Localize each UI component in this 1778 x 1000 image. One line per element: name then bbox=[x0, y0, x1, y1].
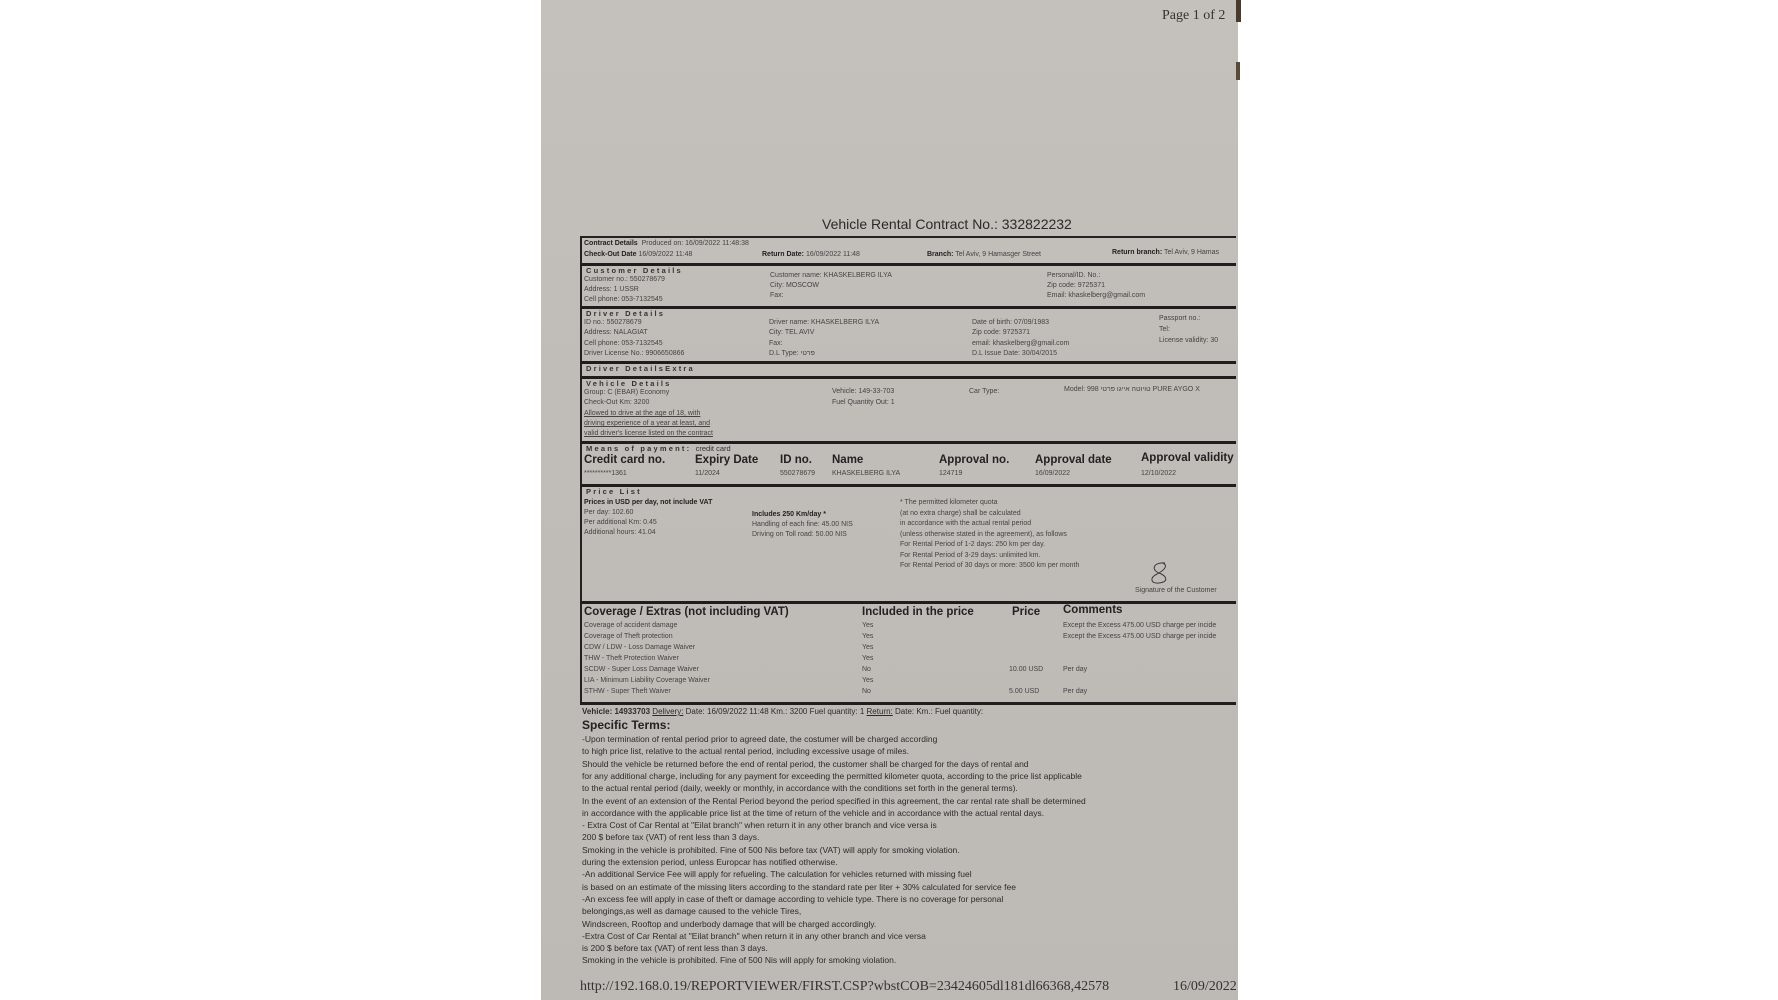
return-branch-value: Tel Aviv, 9 Hamas bbox=[1164, 249, 1219, 256]
coverage-column-header: Price bbox=[1012, 606, 1040, 618]
coverage-price: 5.00 USD bbox=[1009, 688, 1039, 695]
customer-address: Address: 1 USSR bbox=[584, 286, 639, 293]
driver-id: ID no.: 550278679 bbox=[584, 319, 642, 326]
km-quota-line: For Rental Period of 3-29 days: unlimite… bbox=[900, 552, 1040, 559]
contract-title: Vehicle Rental Contract No.: 332822232 bbox=[822, 216, 1072, 232]
customer-name: Customer name: KHASKELBERG ILYA bbox=[770, 272, 892, 279]
car-type: Car Type: bbox=[969, 388, 999, 395]
section-heading: Driver DetailsExtra bbox=[582, 364, 1236, 373]
age-requirement: driving experience of a year at least, a… bbox=[584, 420, 710, 427]
payment-column-header: Approval validity bbox=[1141, 452, 1234, 464]
payment-value: 11/2024 bbox=[695, 470, 720, 477]
term-line: 200 $ before tax (VAT) of rent less than… bbox=[582, 832, 759, 842]
driver-tel: Tel: bbox=[1159, 326, 1170, 333]
driver-zip: Zip code: 9725371 bbox=[972, 329, 1030, 336]
section-heading: Driver Details bbox=[582, 309, 1236, 318]
term-line: to the actual rental period (daily, week… bbox=[582, 783, 1018, 793]
customer-city: City: MOSCOW bbox=[770, 282, 819, 289]
payment-method: credit card bbox=[696, 444, 731, 453]
payment-column-header: ID no. bbox=[780, 454, 812, 466]
driver-name: Driver name: KHASKELBERG ILYA bbox=[769, 319, 879, 326]
payment-value: **********1361 bbox=[584, 470, 627, 477]
contract-form: Contract Details Produced on: 16/09/2022… bbox=[580, 236, 1236, 705]
report-url: http://192.168.0.19/REPORTVIEWER/FIRST.C… bbox=[580, 979, 1109, 995]
coverage-name: Coverage of Theft protection bbox=[584, 633, 673, 640]
term-line: Windscreen, Rooftop and underbody damage… bbox=[582, 919, 876, 929]
return-date-label: Return Date: bbox=[762, 251, 804, 258]
term-line: -An excess fee will apply in case of the… bbox=[582, 894, 1003, 904]
section-heading: Means of payment: bbox=[586, 444, 691, 453]
price-additional-hours: Additional hours: 41.04 bbox=[584, 529, 656, 536]
driver-details-section: Driver Details ID no.: 550278679 Address… bbox=[580, 309, 1236, 364]
coverage-name: Coverage of accident damage bbox=[584, 622, 677, 629]
coverage-comment: Except the Excess 475.00 USD charge per … bbox=[1063, 622, 1216, 629]
driver-license-validity: License validity: 30 bbox=[1159, 337, 1218, 344]
vehicle-model: Model: 998 טויוטה אייגו פרטי PURE AYGO X bbox=[1064, 386, 1200, 393]
price-list-section: Price List Prices in USD per day, not in… bbox=[580, 487, 1236, 604]
section-heading: Price List bbox=[582, 487, 1236, 496]
km-quota-line: For Rental Period of 1-2 days: 250 km pe… bbox=[900, 541, 1045, 548]
km-quota-line: (unless otherwise stated in the agreemen… bbox=[900, 531, 1067, 538]
driver-passport: Passport no.: bbox=[1159, 315, 1200, 322]
term-line: In the event of an extension of the Rent… bbox=[582, 796, 1086, 806]
fine-handling: Handling of each fine: 45.00 NIS bbox=[752, 521, 853, 528]
driver-address: Address: NALAGIAT bbox=[584, 329, 648, 336]
checkout-date-label: Check-Out Date bbox=[584, 251, 637, 258]
term-line: for any additional charge, including for… bbox=[582, 771, 1082, 781]
age-requirement: valid driver's license listed on the con… bbox=[584, 430, 713, 437]
payment-section: Means of payment: credit card Credit car… bbox=[580, 444, 1236, 487]
coverage-name: LIA - Minimum Liability Coverage Waiver bbox=[584, 677, 710, 684]
coverage-included: Yes bbox=[862, 633, 873, 640]
term-line: Smoking in the vehicle is prohibited. Fi… bbox=[582, 845, 960, 855]
driver-city: City: TEL AVIV bbox=[769, 329, 814, 336]
return-details: Date: Km.: Fuel quantity: bbox=[895, 707, 983, 716]
vehicle-checkout-km: Check-Out Km: 3200 bbox=[584, 399, 649, 406]
customer-email: Email: khaskelberg@gmail.com bbox=[1047, 292, 1145, 299]
term-line: in accordance with the applicable price … bbox=[582, 808, 1044, 818]
delivery-details: Date: 16/09/2022 11:48 Km.: 3200 Fuel qu… bbox=[686, 707, 865, 716]
vehicle-group: Group: C (EBAR) Economy bbox=[584, 389, 669, 396]
customer-details-section: Customer Details Customer no.: 550278679… bbox=[580, 266, 1236, 309]
vehicle-delivery-line: Vehicle: 14933703 Delivery: Date: 16/09/… bbox=[582, 707, 983, 716]
term-line: Should the vehicle be returned before th… bbox=[582, 759, 1029, 769]
signature-label: Signature of the Customer bbox=[1135, 587, 1217, 594]
payment-column-header: Approval date bbox=[1035, 454, 1112, 466]
term-line: -An additional Service Fee will apply fo… bbox=[582, 869, 972, 879]
km-quota-line: (at no extra charge) shall be calculated bbox=[900, 510, 1021, 517]
term-line: belongings,as well as damage caused to t… bbox=[582, 906, 801, 916]
payment-value: 12/10/2022 bbox=[1141, 470, 1176, 477]
driver-dob: Date of birth: 07/09/1983 bbox=[972, 319, 1049, 326]
payment-column-header: Expiry Date bbox=[695, 454, 758, 466]
payment-value: 550278679 bbox=[780, 470, 815, 477]
coverage-included: Yes bbox=[862, 622, 873, 629]
vehicle-details-section: Vehicle Details Group: C (EBAR) Economy … bbox=[580, 379, 1236, 444]
payment-column-header: Approval no. bbox=[939, 454, 1009, 466]
checkout-date-value: 16/09/2022 11:48 bbox=[638, 251, 692, 258]
term-line: -Extra Cost of Car Rental at "Eilat bran… bbox=[582, 931, 926, 941]
customer-fax: Fax: bbox=[770, 292, 784, 299]
contract-details-label: Contract Details bbox=[584, 240, 638, 247]
section-heading: Customer Details bbox=[582, 266, 1236, 275]
term-line: Smoking in the vehicle is prohibited. Fi… bbox=[582, 955, 896, 965]
price-per-km: Per additional Km: 0.45 bbox=[584, 519, 657, 526]
coverage-name: SCDW - Super Loss Damage Waiver bbox=[584, 666, 699, 673]
customer-cell: Cell phone: 053-7132545 bbox=[584, 296, 663, 303]
vehicle-number: Vehicle: 149-33-703 bbox=[832, 388, 894, 395]
coverage-included: Yes bbox=[862, 655, 873, 662]
coverage-column-header: Coverage / Extras (not including VAT) bbox=[584, 606, 789, 618]
coverage-included: Yes bbox=[862, 644, 873, 651]
price-per-day: Per day: 102.60 bbox=[584, 509, 633, 516]
term-line: to high price list, relative to the actu… bbox=[582, 746, 909, 756]
payment-value: 124719 bbox=[939, 470, 962, 477]
coverage-name: THW - Theft Protection Waiver bbox=[584, 655, 679, 662]
coverage-comment: Except the Excess 475.00 USD charge per … bbox=[1063, 633, 1216, 640]
payment-value: KHASKELBERG ILYA bbox=[832, 470, 900, 477]
branch-value: Tel Aviv, 9 Hamasger Street bbox=[955, 251, 1041, 258]
age-requirement: Allowed to drive at the age of 18, with bbox=[584, 410, 700, 417]
customer-no: Customer no.: 550278679 bbox=[584, 276, 665, 283]
coverage-comment: Per day bbox=[1063, 666, 1087, 673]
coverage-comment: Per day bbox=[1063, 688, 1087, 695]
coverage-included: No bbox=[862, 666, 871, 673]
driver-cell: Cell phone: 053-7132545 bbox=[584, 340, 663, 347]
term-line: during the extension period, unless Euro… bbox=[582, 857, 838, 867]
driver-email: email: khaskelberg@gmail.com bbox=[972, 340, 1069, 347]
driver-dl-issue: D.L Issue Date: 30/04/2015 bbox=[972, 350, 1057, 357]
coverage-name: CDW / LDW - Loss Damage Waiver bbox=[584, 644, 695, 651]
return-branch-label: Return branch: bbox=[1112, 249, 1162, 256]
page-edge-shadow bbox=[1236, 62, 1240, 80]
vehicle-line-number: Vehicle: 14933703 bbox=[582, 707, 650, 716]
delivery-label: Delivery: bbox=[652, 707, 683, 716]
coverage-name: STHW - Super Theft Waiver bbox=[584, 688, 671, 695]
term-line: - Extra Cost of Car Rental at "Eilat bra… bbox=[582, 820, 937, 830]
payment-value: 16/09/2022 bbox=[1035, 470, 1070, 477]
driver-license: Driver License No.: 9906650866 bbox=[584, 350, 684, 357]
fuel-quantity-out: Fuel Quantity Out: 1 bbox=[832, 399, 895, 406]
return-date-value: 16/09/2022 11:48 bbox=[806, 251, 860, 258]
driver-extra-section: Driver DetailsExtra bbox=[580, 364, 1236, 379]
coverage-price: 10.00 USD bbox=[1009, 666, 1043, 673]
coverage-section: Coverage / Extras (not including VAT) In… bbox=[580, 604, 1236, 705]
price-note: Prices in USD per day, not include VAT bbox=[584, 499, 712, 506]
driver-fax: Fax: bbox=[769, 340, 783, 347]
contract-details-section: Contract Details Produced on: 16/09/2022… bbox=[580, 236, 1236, 266]
driver-dl-type: D.L Type: פרטי bbox=[769, 350, 815, 357]
payment-column-header: Credit card no. bbox=[584, 454, 665, 466]
term-line: is based on an estimate of the missing l… bbox=[582, 882, 1016, 892]
customer-zip: Zip code: 9725371 bbox=[1047, 282, 1105, 289]
branch-label: Branch: bbox=[927, 251, 953, 258]
coverage-column-header: Comments bbox=[1063, 604, 1122, 616]
payment-column-header: Name bbox=[832, 454, 863, 466]
km-quota-line: For Rental Period of 30 days or more: 35… bbox=[900, 562, 1079, 569]
customer-signature bbox=[1145, 560, 1175, 586]
customer-personal-id: Personal/ID. No.: bbox=[1047, 272, 1100, 279]
term-line: is 200 $ before tax (VAT) of rent less t… bbox=[582, 943, 768, 953]
coverage-included: No bbox=[862, 688, 871, 695]
coverage-included: Yes bbox=[862, 677, 873, 684]
km-included: Includes 250 Km/day * bbox=[752, 511, 826, 518]
km-quota-line: * The permitted kilometer quota bbox=[900, 499, 998, 506]
km-quota-line: in accordance with the actual rental per… bbox=[900, 520, 1031, 527]
page-edge-shadow bbox=[1236, 0, 1241, 22]
page-indicator: Page 1 of 2 bbox=[1162, 8, 1225, 24]
return-label: Return: bbox=[867, 707, 893, 716]
term-line: -Upon termination of rental period prior… bbox=[582, 734, 937, 744]
produced-on: Produced on: 16/09/2022 11:48:38 bbox=[642, 240, 749, 247]
toll-road: Driving on Toll road: 50.00 NIS bbox=[752, 531, 847, 538]
coverage-column-header: Included in the price bbox=[862, 606, 974, 618]
print-date: 16/09/2022 bbox=[1173, 979, 1237, 995]
specific-terms-heading: Specific Terms: bbox=[582, 718, 670, 732]
